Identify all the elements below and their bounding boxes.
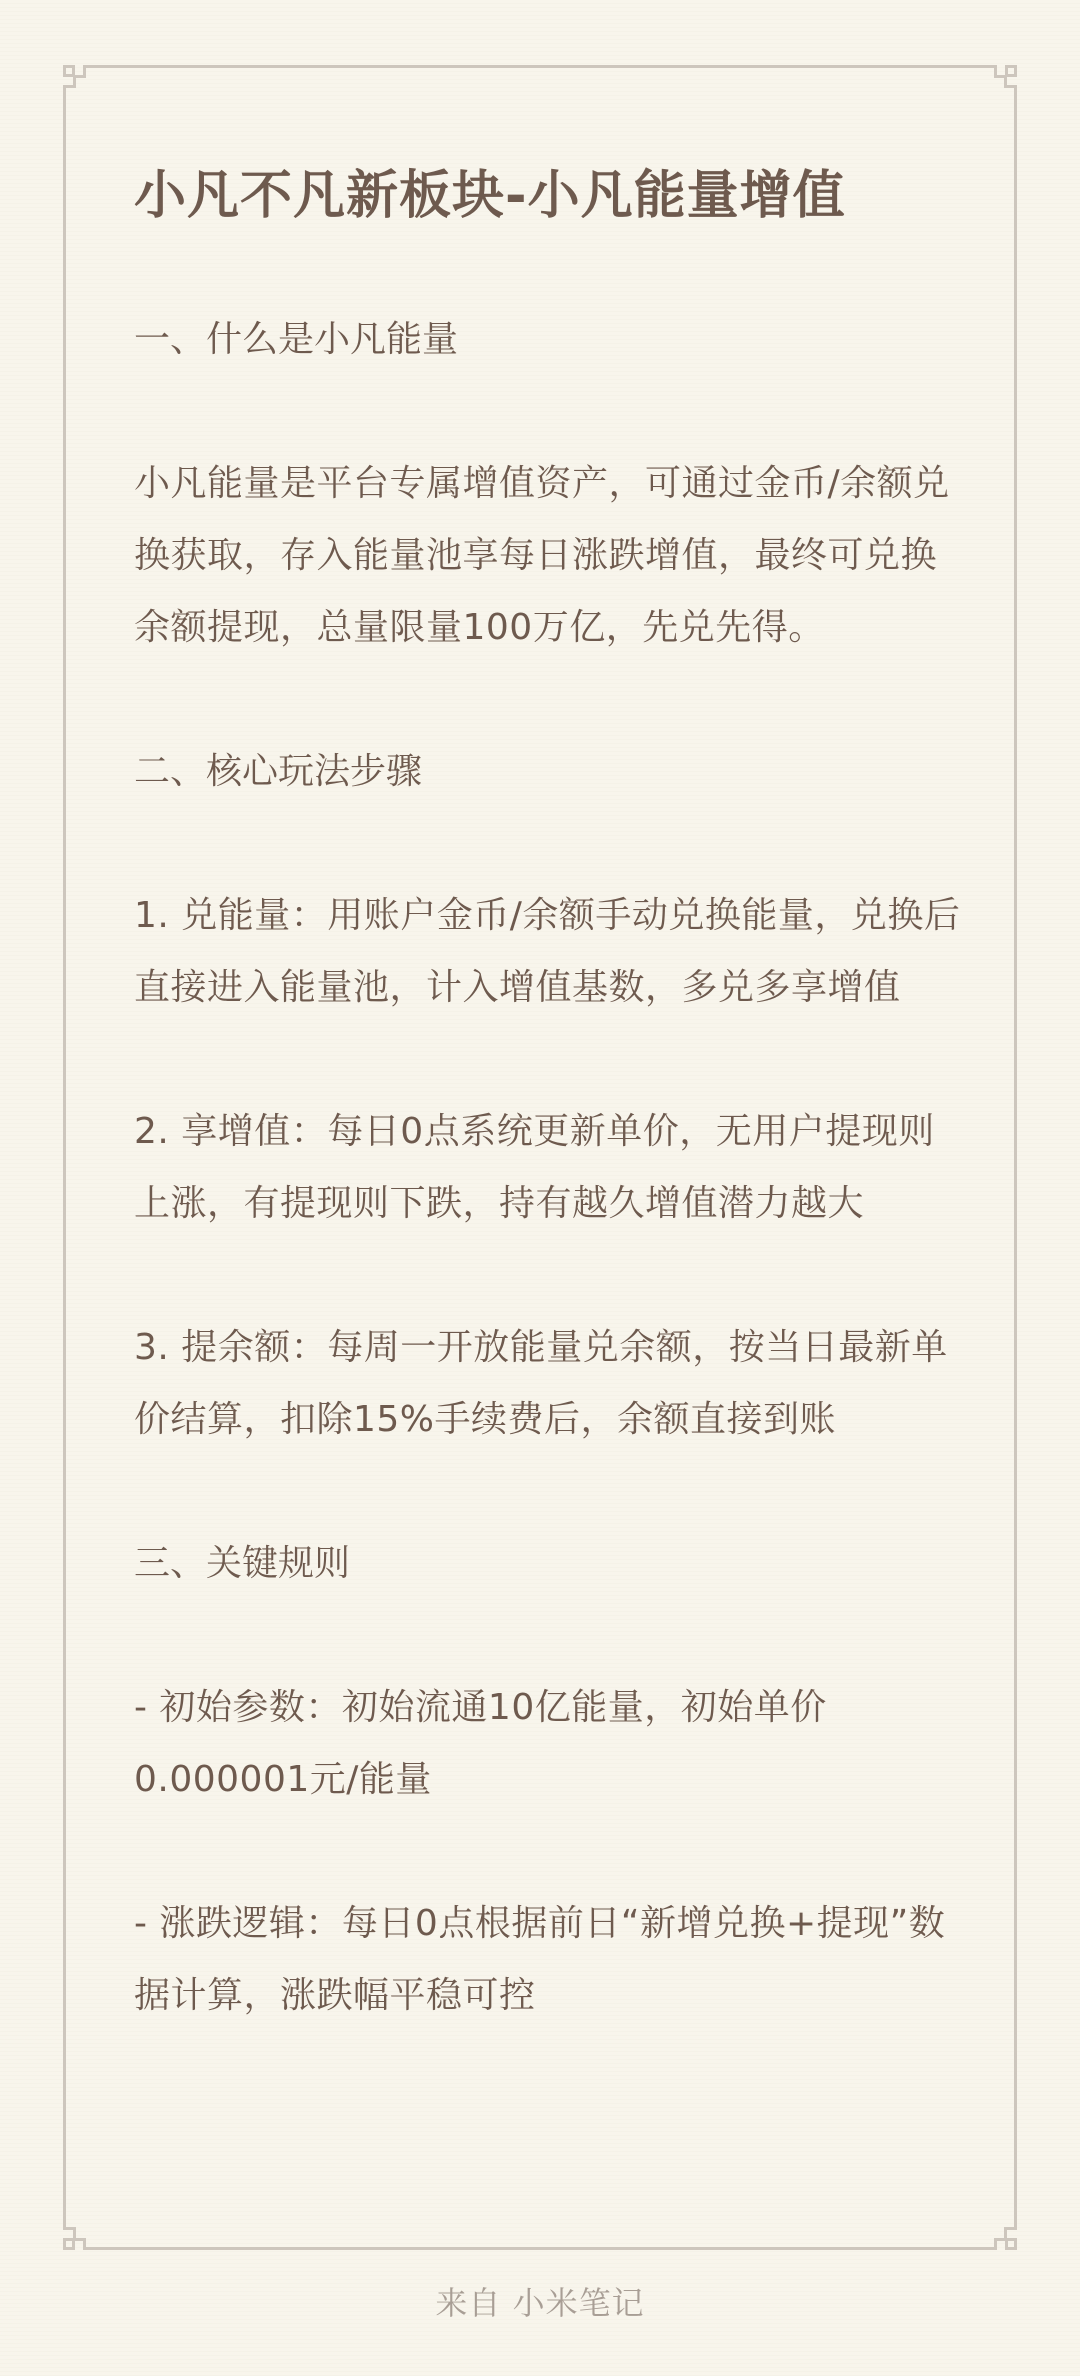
section-heading-core-steps: 二、核心玩法步骤 xyxy=(134,736,964,808)
frame-bottom-line xyxy=(83,2247,997,2250)
paragraph-step-3: 3. 提余额：每周一开放能量兑余额，按当日最新单价结算，扣除15%手续费后，余额… xyxy=(134,1312,964,1456)
corner-connector-br-v1 xyxy=(994,2238,997,2250)
corner-connector-tl-h2 xyxy=(63,85,76,88)
frame-right-line xyxy=(1014,85,1017,2227)
corner-connector-tr-v1 xyxy=(994,65,997,77)
paragraph-step-1: 1. 兑能量：用账户金币/余额手动兑换能量，兑换后直接进入能量池，计入增值基数，… xyxy=(134,880,964,1024)
note-title: 小凡不凡新板块-小凡能量增值 xyxy=(134,160,964,232)
section-heading-what-is: 一、什么是小凡能量 xyxy=(134,304,964,376)
corner-connector-br-h2 xyxy=(1004,2227,1017,2230)
paragraph-rule-price-logic: - 涨跌逻辑：每日0点根据前日“新增兑换+提现”数据计算，涨跌幅平稳可控 xyxy=(134,1888,964,2032)
note-content: 小凡不凡新板块-小凡能量增值 一、什么是小凡能量 小凡能量是平台专属增值资产，可… xyxy=(134,160,964,2104)
frame-left-line xyxy=(63,85,66,2227)
corner-connector-tr-h2 xyxy=(1004,85,1017,88)
paragraph-intro: 小凡能量是平台专属增值资产，可通过金币/余额兑换获取，存入能量池享每日涨跌增值，… xyxy=(134,448,964,664)
frame-top-line xyxy=(83,65,997,68)
corner-connector-bl-h2 xyxy=(63,2227,76,2230)
paragraph-step-2: 2. 享增值：每日0点系统更新单价，无用户提现则上涨，有提现则下跌，持有越久增值… xyxy=(134,1096,964,1240)
corner-connector-bl-v1 xyxy=(83,2238,86,2250)
paragraph-rule-initial-params: - 初始参数：初始流通10亿能量，初始单价0.000001元/能量 xyxy=(134,1672,964,1816)
corner-connector-tl-v1 xyxy=(83,65,86,77)
source-footer: 来自 小米笔记 xyxy=(0,2278,1080,2324)
section-heading-key-rules: 三、关键规则 xyxy=(134,1528,964,1600)
